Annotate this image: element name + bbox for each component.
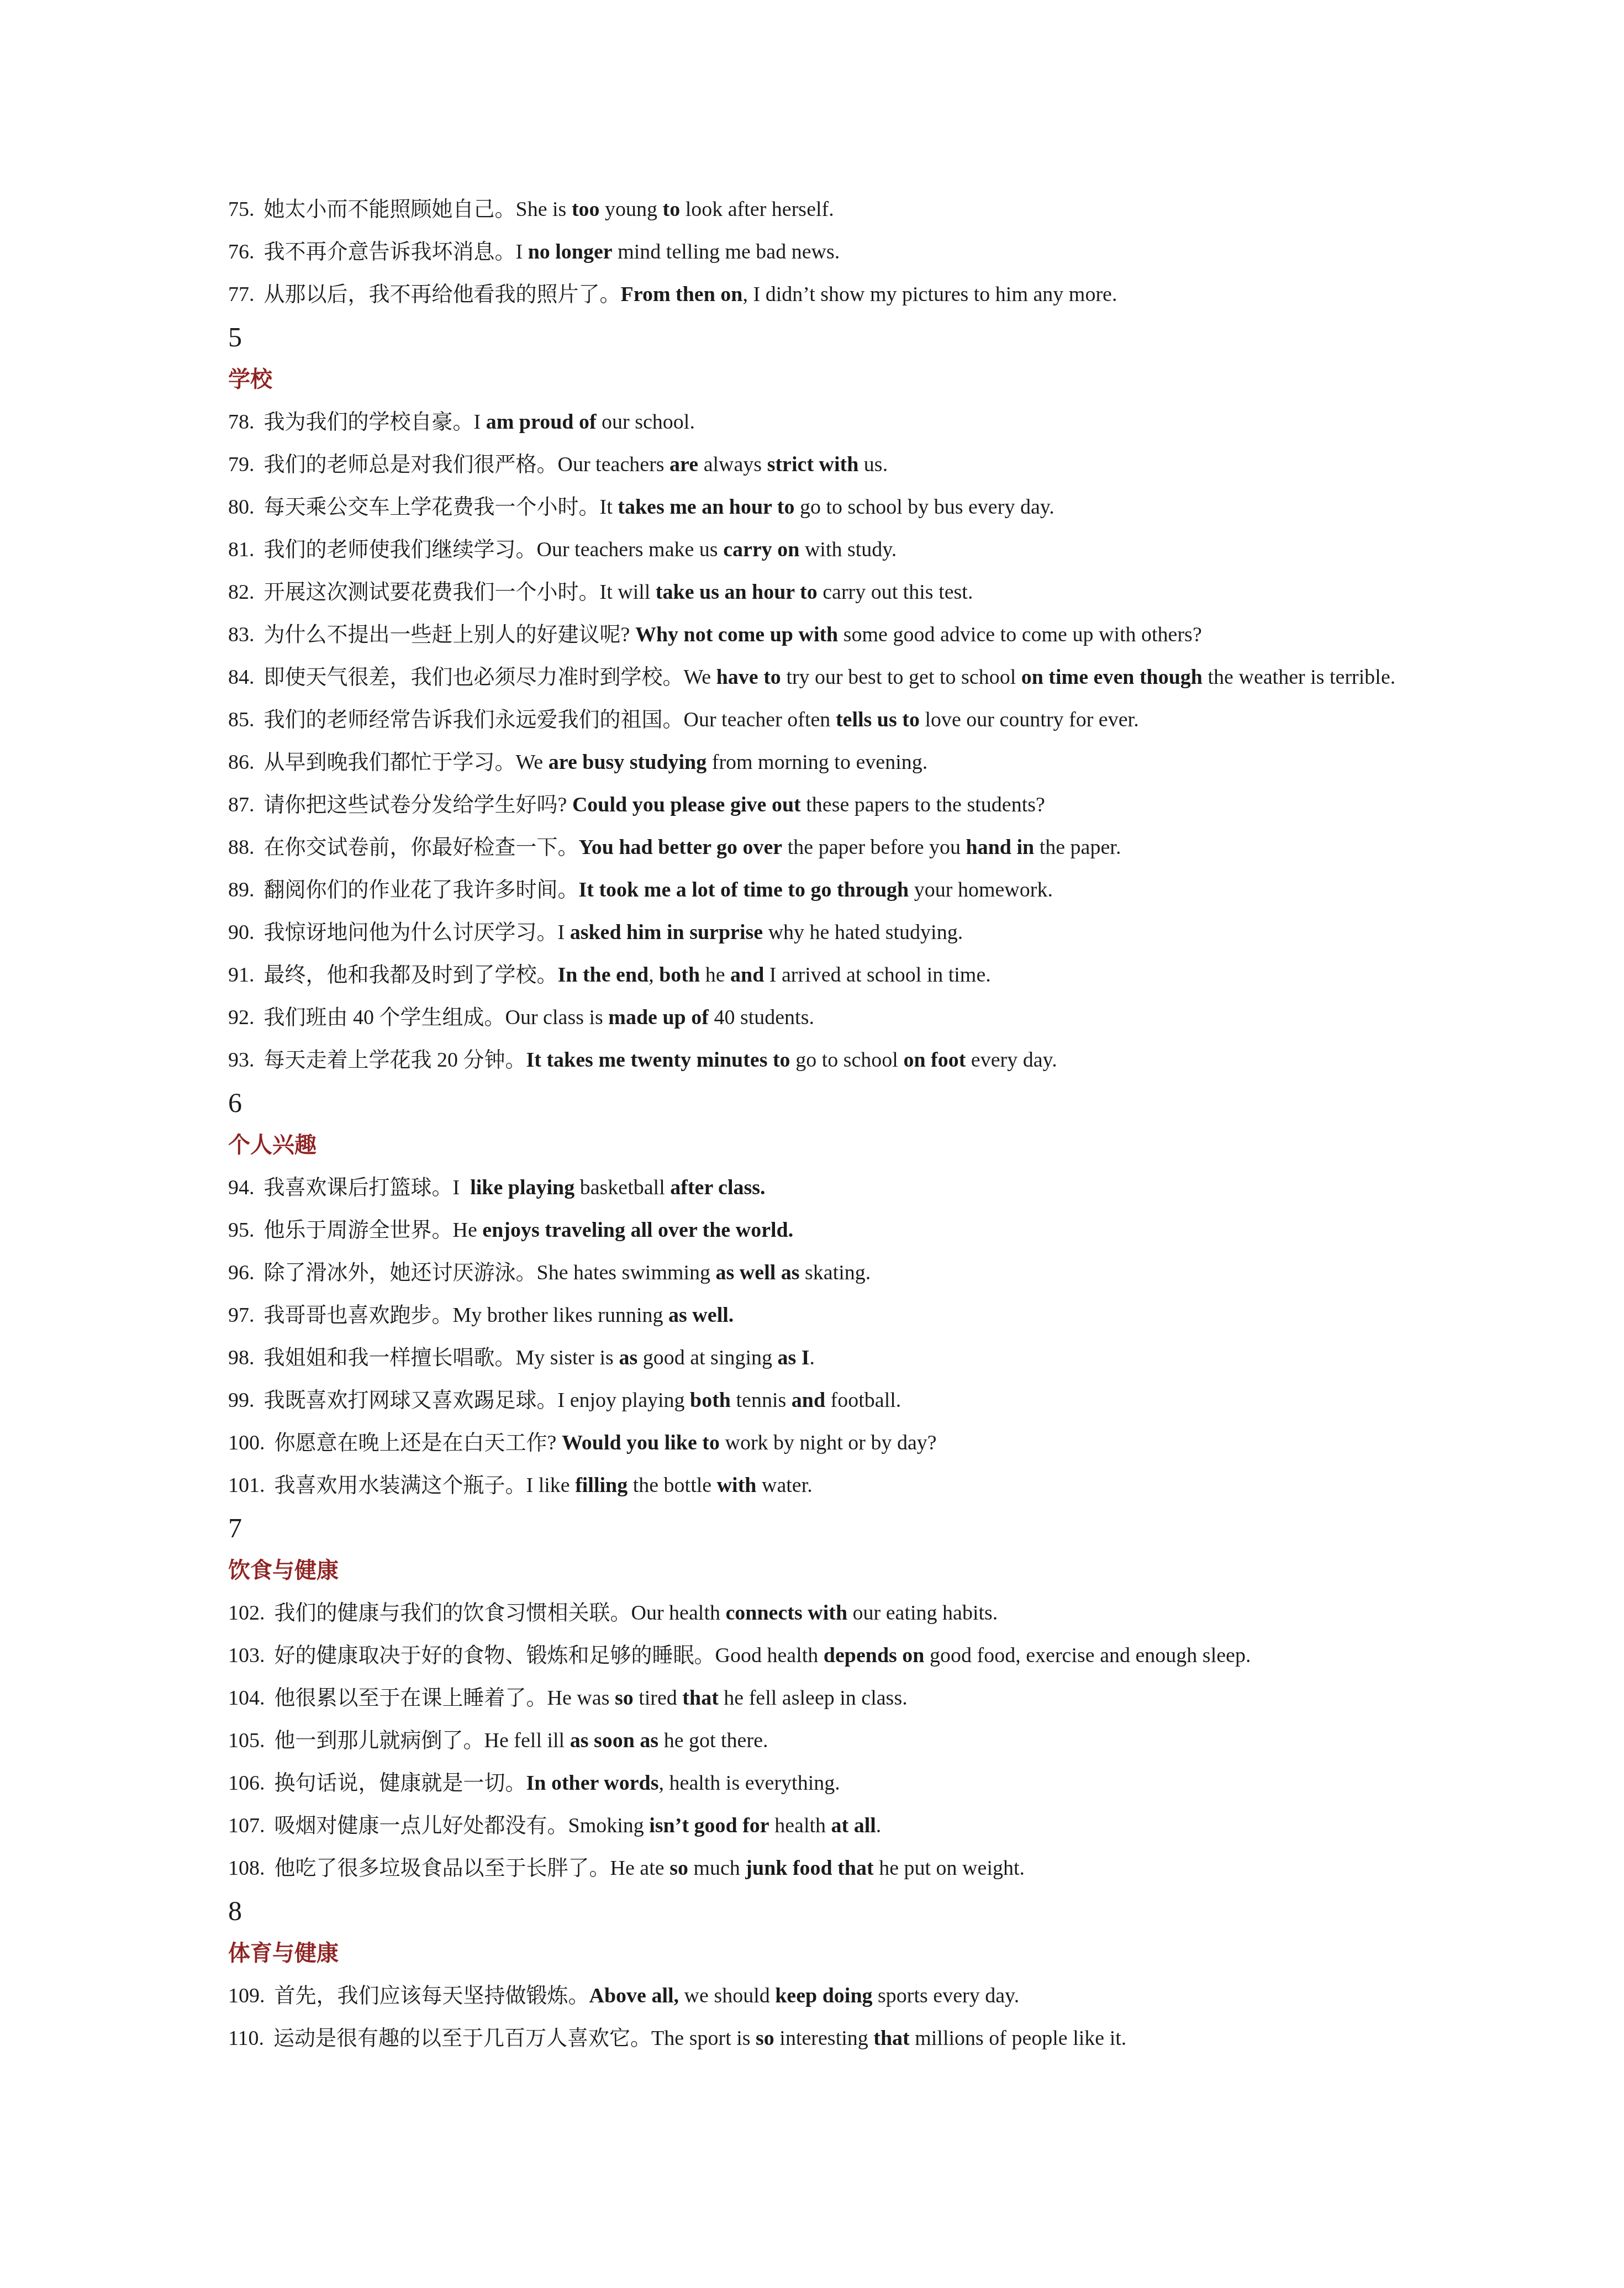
item-number: 110.: [228, 2027, 264, 2050]
item-number: 105.: [228, 1729, 265, 1752]
item-text-bold: as soon as: [570, 1729, 659, 1752]
item-text: ,: [648, 963, 659, 987]
item-text-bold: strict with: [767, 453, 859, 476]
item-text: 我们班由 40 个学生组成。: [264, 1006, 505, 1029]
section-header: 学校: [228, 359, 1585, 401]
item-text-bold: and: [730, 963, 764, 987]
item-text: 请你把这些试卷分发给学生好吗?: [264, 793, 572, 816]
item-text: My sister is: [516, 1346, 619, 1369]
list-item: 106.换句话说，健康就是一切。In other words, health i…: [228, 1762, 1585, 1805]
item-text: 我既喜欢打网球又喜欢踢足球。: [264, 1389, 558, 1412]
item-text: , I didn’t show my pictures to him any m…: [742, 283, 1117, 306]
item-text: we should: [679, 1984, 775, 2007]
item-text: from morning to evening.: [706, 751, 927, 774]
item-text-bold: that: [682, 1686, 718, 1710]
item-text-bold: am proud of: [486, 410, 597, 434]
item-number: 79.: [228, 453, 255, 476]
item-text: some good advice to come up with others?: [838, 623, 1202, 646]
item-text: interesting: [774, 2027, 873, 2050]
item-text: 我喜欢课后打篮球。: [264, 1176, 453, 1199]
item-text: he put on weight.: [874, 1857, 1025, 1880]
item-text: He was: [547, 1686, 615, 1710]
item-text: our school.: [597, 410, 695, 434]
item-text: 开展这次测试要花费我们一个小时。: [264, 581, 600, 604]
item-number: 81.: [228, 538, 255, 561]
list-item: 99.我既喜欢打网球又喜欢踢足球。I enjoy playing both te…: [228, 1379, 1585, 1422]
item-text-bold: after class.: [670, 1176, 765, 1199]
list-item: 93.每天走着上学花我 20 分钟。It takes me twenty min…: [228, 1039, 1585, 1082]
item-number: 108.: [228, 1857, 265, 1880]
item-text: 他很累以至于在课上睡着了。: [275, 1686, 547, 1710]
item-text: We: [516, 751, 549, 774]
item-text: millions of people like it.: [910, 2027, 1127, 2050]
item-text-bold: so: [615, 1686, 634, 1710]
item-text: Smoking: [568, 1814, 650, 1837]
item-text: the paper before you: [782, 836, 966, 859]
list-item: 110.运动是很有趣的以至于几百万人喜欢它。The sport is so in…: [228, 2017, 1585, 2060]
item-text: Our teacher often: [684, 708, 836, 731]
item-text: 换句话说，健康就是一切。: [275, 1772, 526, 1795]
item-text-bold: both: [659, 963, 700, 987]
item-number: 75.: [228, 198, 255, 221]
item-text-bold: that: [873, 2027, 909, 2050]
item-number: 103.: [228, 1644, 265, 1667]
section-header: 个人兴趣: [228, 1124, 1585, 1167]
item-text: She is: [516, 198, 572, 221]
item-text: 从那以后，我不再给他看我的照片了。: [264, 283, 621, 306]
item-text: 运动是很有趣的以至于几百万人喜欢它。: [273, 2027, 651, 2050]
item-text-bold: as: [619, 1346, 637, 1369]
section-header: 体育与健康: [228, 1932, 1585, 1975]
item-text-bold: have to: [716, 666, 781, 689]
item-text: 她太小而不能照顾她自己。: [264, 198, 516, 221]
section-number: 5: [228, 316, 1585, 359]
item-text: 最终，他和我都及时到了学校。: [264, 963, 558, 987]
item-text-bold: take us an hour to: [656, 581, 818, 604]
item-text: I arrived at school in time.: [764, 963, 991, 987]
item-number: 85.: [228, 708, 255, 731]
item-text: , health is everything.: [659, 1772, 840, 1795]
item-number: 76.: [228, 240, 255, 263]
item-text-bold: with: [717, 1474, 757, 1497]
item-number: 86.: [228, 751, 255, 774]
item-text: 除了滑冰外，她还讨厌游泳。: [264, 1261, 537, 1284]
item-text-bold: keep doing: [775, 1984, 872, 2007]
list-item: 78.我为我们的学校自豪。I am proud of our school.: [228, 401, 1585, 444]
item-text: 为什么不提出一些赶上别人的好建议呢?: [264, 623, 635, 646]
list-item: 83.为什么不提出一些赶上别人的好建议呢? Why not come up wi…: [228, 614, 1585, 656]
item-text: skating.: [800, 1261, 871, 1284]
item-text: 他乐于周游全世界。: [264, 1219, 453, 1242]
item-text: 我惊讶地问他为什么讨厌学习。: [264, 921, 558, 944]
item-text: basketball: [574, 1176, 670, 1199]
item-text: It will: [600, 581, 656, 604]
item-text-bold: Why not come up with: [635, 623, 838, 646]
item-number: 87.: [228, 793, 255, 816]
list-item: 82.开展这次测试要花费我们一个小时。It will take us an ho…: [228, 571, 1585, 614]
list-item: 77.从那以后，我不再给他看我的照片了。From then on, I didn…: [228, 273, 1585, 316]
item-text-bold: Above all,: [589, 1984, 679, 2007]
item-number: 91.: [228, 963, 255, 987]
item-text-bold: to: [663, 198, 681, 221]
item-text: the bottle: [628, 1474, 716, 1497]
item-number: 98.: [228, 1346, 255, 1369]
item-number: 89.: [228, 878, 255, 902]
section-header: 饮食与健康: [228, 1549, 1585, 1592]
list-item: 105.他一到那儿就病倒了。He fell ill as soon as he …: [228, 1720, 1585, 1762]
item-text-bold: filling: [575, 1474, 628, 1497]
item-text: He ate: [610, 1857, 670, 1880]
item-text: sports every day.: [873, 1984, 1020, 2007]
item-text-bold: It took me a lot of time to go through: [579, 878, 909, 902]
item-number: 88.: [228, 836, 255, 859]
list-item: 87.请你把这些试卷分发给学生好吗? Could you please give…: [228, 784, 1585, 826]
item-text: your homework.: [909, 878, 1053, 902]
item-text: Our teachers: [558, 453, 670, 476]
item-text: 我姐姐和我一样擅长唱歌。: [264, 1346, 516, 1369]
item-text: 我不再介意告诉我坏消息。: [264, 240, 516, 263]
section-number: 8: [228, 1890, 1585, 1932]
item-text: tennis: [731, 1389, 792, 1412]
item-number: 102.: [228, 1601, 265, 1625]
item-text: 你愿意在晚上还是在白天工作?: [275, 1431, 562, 1454]
list-item: 88.在你交试卷前，你最好检查一下。You had better go over…: [228, 826, 1585, 869]
list-item: 91.最终，他和我都及时到了学校。In the end, both he and…: [228, 954, 1585, 997]
item-text-bold: as well.: [668, 1304, 734, 1327]
item-text: he fell asleep in class.: [719, 1686, 908, 1710]
item-text: health: [769, 1814, 831, 1837]
item-number: 77.: [228, 283, 255, 306]
item-text: us.: [858, 453, 888, 476]
list-item: 101.我喜欢用水装满这个瓶子。I like filling the bottl…: [228, 1464, 1585, 1507]
item-text: he got there.: [658, 1729, 768, 1752]
item-number: 90.: [228, 921, 255, 944]
item-text: 我哥哥也喜欢跑步。: [264, 1304, 453, 1327]
item-text: 我为我们的学校自豪。: [264, 410, 474, 434]
item-number: 94.: [228, 1176, 255, 1199]
item-text: go to school by bus every day.: [794, 495, 1054, 519]
item-text: 好的健康取决于好的食物、锻炼和足够的睡眠。: [275, 1644, 715, 1667]
list-item: 103.好的健康取决于好的食物、锻炼和足够的睡眠。Good health dep…: [228, 1635, 1585, 1677]
item-text-bold: It takes me twenty minutes to: [526, 1048, 790, 1072]
item-text-bold: In other words: [526, 1772, 659, 1795]
item-text: always: [698, 453, 767, 476]
item-text-bold: tells us to: [836, 708, 920, 731]
item-text: 我们的老师总是对我们很严格。: [264, 453, 558, 476]
document-content: 75.她太小而不能照顾她自己。She is too young to look …: [228, 188, 1585, 2060]
item-text-bold: so: [669, 1857, 688, 1880]
list-item: 86.从早到晚我们都忙于学习。We are busy studying from…: [228, 741, 1585, 784]
item-text-bold: carry on: [723, 538, 799, 561]
item-text-bold: on time even though: [1021, 666, 1203, 689]
item-number: 109.: [228, 1984, 265, 2007]
item-text: 我喜欢用水装满这个瓶子。: [275, 1474, 526, 1497]
item-text: She hates swimming: [537, 1261, 716, 1284]
item-text: much: [688, 1857, 745, 1880]
item-text: I: [558, 921, 570, 944]
item-text: Our health: [631, 1601, 726, 1625]
item-text: go to school: [790, 1048, 904, 1072]
item-text-bold: From then on: [621, 283, 743, 306]
item-text: try our best to get to school: [781, 666, 1021, 689]
item-text-bold: as I: [778, 1346, 810, 1369]
list-item: 92.我们班由 40 个学生组成。Our class is made up of…: [228, 997, 1585, 1039]
item-number: 92.: [228, 1006, 255, 1029]
item-text-bold: too: [572, 198, 600, 221]
list-item: 97.我哥哥也喜欢跑步。My brother likes running as …: [228, 1294, 1585, 1337]
list-item: 76.我不再介意告诉我坏消息。I no longer mind telling …: [228, 231, 1585, 273]
list-item: 84.即使天气很差，我们也必须尽力准时到学校。We have to try ou…: [228, 656, 1585, 699]
item-text-bold: are: [669, 453, 698, 476]
list-item: 104.他很累以至于在课上睡着了。He was so tired that he…: [228, 1677, 1585, 1720]
section-number: 7: [228, 1507, 1585, 1549]
item-text-bold: junk food that: [745, 1857, 873, 1880]
item-text: The sport is: [651, 2027, 756, 2050]
item-text-bold: Could you please give out: [572, 793, 801, 816]
item-text: 我们的老师使我们继续学习。: [264, 538, 537, 561]
document-page: 75.她太小而不能照顾她自己。She is too young to look …: [0, 0, 1624, 2060]
item-text: 首先，我们应该每天坚持做锻炼。: [275, 1984, 589, 2007]
item-text-bold: takes me an hour to: [618, 495, 794, 519]
item-text: 我们的老师经常告诉我们永远爱我们的祖国。: [264, 708, 684, 731]
item-text: 翻阅你们的作业花了我许多时间。: [264, 878, 579, 902]
item-text: Good health: [715, 1644, 824, 1667]
item-text: .: [810, 1346, 815, 1369]
list-item: 89.翻阅你们的作业花了我许多时间。It took me a lot of ti…: [228, 869, 1585, 911]
list-item: 75.她太小而不能照顾她自己。She is too young to look …: [228, 188, 1585, 231]
item-text-bold: on foot: [903, 1048, 966, 1072]
item-text: Our class is: [505, 1006, 609, 1029]
item-text-bold: isn’t good for: [649, 1814, 769, 1837]
list-item: 90.我惊讶地问他为什么讨厌学习。I asked him in surprise…: [228, 911, 1585, 954]
item-text: water.: [756, 1474, 812, 1497]
item-text: love our country for ever.: [920, 708, 1139, 731]
item-text: tired: [634, 1686, 683, 1710]
item-text-bold: as well as: [716, 1261, 800, 1284]
item-number: 100.: [228, 1431, 265, 1454]
item-number: 83.: [228, 623, 255, 646]
item-text: 在你交试卷前，你最好检查一下。: [264, 836, 579, 859]
item-text: with study.: [799, 538, 897, 561]
item-text-bold: at all: [831, 1814, 876, 1837]
item-text: .: [876, 1814, 882, 1837]
item-text: 即使天气很差，我们也必须尽力准时到学校。: [264, 666, 684, 689]
item-text: 我们的健康与我们的饮食习惯相关联。: [275, 1601, 631, 1625]
item-text: I: [474, 410, 486, 434]
item-number: 78.: [228, 410, 255, 434]
item-text: 他一到那儿就病倒了。: [275, 1729, 484, 1752]
item-number: 99.: [228, 1389, 255, 1412]
item-text-bold: In the end: [558, 963, 649, 987]
item-text: look after herself.: [680, 198, 834, 221]
item-text: We: [684, 666, 716, 689]
item-text: every day.: [966, 1048, 1057, 1072]
list-item: 85.我们的老师经常告诉我们永远爱我们的祖国。Our teacher often…: [228, 699, 1585, 741]
item-number: 95.: [228, 1219, 255, 1242]
item-text-bold: You had better go over: [579, 836, 783, 859]
list-item: 98.我姐姐和我一样擅长唱歌。My sister is as good at s…: [228, 1337, 1585, 1379]
item-text-bold: like playing: [470, 1176, 574, 1199]
item-text: good food, exercise and enough sleep.: [925, 1644, 1251, 1667]
item-text: good at singing: [637, 1346, 777, 1369]
list-item: 102.我们的健康与我们的饮食习惯相关联。Our health connects…: [228, 1592, 1585, 1635]
item-text: 每天走着上学花我 20 分钟。: [264, 1048, 526, 1072]
item-number: 107.: [228, 1814, 265, 1837]
item-number: 93.: [228, 1048, 255, 1072]
list-item: 79.我们的老师总是对我们很严格。Our teachers are always…: [228, 444, 1585, 486]
item-text: football.: [825, 1389, 901, 1412]
item-text: mind telling me bad news.: [613, 240, 840, 263]
item-text: the weather is terrible.: [1203, 666, 1395, 689]
item-text-bold: no longer: [528, 240, 613, 263]
item-text-bold: and: [792, 1389, 825, 1412]
list-item: 96.除了滑冰外，她还讨厌游泳。She hates swimming as we…: [228, 1252, 1585, 1294]
item-number: 80.: [228, 495, 255, 519]
item-text: He: [453, 1219, 483, 1242]
item-text: 他吃了很多垃圾食品以至于长胖了。: [275, 1857, 610, 1880]
list-item: 107.吸烟对健康一点儿好处都没有。Smoking isn’t good for…: [228, 1805, 1585, 1847]
list-item: 109.首先，我们应该每天坚持做锻炼。Above all, we should …: [228, 1975, 1585, 2017]
item-number: 101.: [228, 1474, 265, 1497]
item-text-bold: hand in: [966, 836, 1035, 859]
item-text-bold: enjoys traveling all over the world.: [482, 1219, 793, 1242]
item-number: 106.: [228, 1772, 265, 1795]
list-item: 80.每天乘公交车上学花费我一个小时。It takes me an hour t…: [228, 486, 1585, 529]
list-item: 81.我们的老师使我们继续学习。Our teachers make us car…: [228, 529, 1585, 571]
item-text: these papers to the students?: [801, 793, 1045, 816]
item-text-bold: are busy studying: [549, 751, 707, 774]
list-item: 95.他乐于周游全世界。He enjoys traveling all over…: [228, 1209, 1585, 1252]
item-text-bold: asked him in surprise: [570, 921, 763, 944]
item-text-bold: depends on: [824, 1644, 925, 1667]
item-number: 84.: [228, 666, 255, 689]
list-item: 108.他吃了很多垃圾食品以至于长胖了。He ate so much junk …: [228, 1847, 1585, 1890]
item-text: I: [453, 1176, 471, 1199]
item-number: 97.: [228, 1304, 255, 1327]
item-text-bold: so: [756, 2027, 774, 2050]
item-number: 82.: [228, 581, 255, 604]
item-text: He fell ill: [484, 1729, 570, 1752]
section-number: 6: [228, 1082, 1585, 1124]
list-item: 100.你愿意在晚上还是在白天工作? Would you like to wor…: [228, 1422, 1585, 1464]
item-text: I enjoy playing: [558, 1389, 690, 1412]
item-text: My brother likes running: [453, 1304, 669, 1327]
item-text: 40 students.: [709, 1006, 814, 1029]
item-text-bold: Would you like to: [562, 1431, 720, 1454]
item-text: It: [600, 495, 618, 519]
item-text: 从早到晚我们都忙于学习。: [264, 751, 516, 774]
item-text-bold: connects with: [725, 1601, 847, 1625]
item-text: work by night or by day?: [720, 1431, 937, 1454]
item-text: he: [700, 963, 730, 987]
item-text: our eating habits.: [847, 1601, 998, 1625]
item-number: 96.: [228, 1261, 255, 1284]
item-text: 每天乘公交车上学花费我一个小时。: [264, 495, 600, 519]
item-text: carry out this test.: [818, 581, 973, 604]
item-text: young: [600, 198, 663, 221]
item-text: I like: [526, 1474, 576, 1497]
item-text: I: [516, 240, 528, 263]
item-number: 104.: [228, 1686, 265, 1710]
item-text: why he hated studying.: [763, 921, 963, 944]
item-text: Our teachers make us: [537, 538, 724, 561]
item-text-bold: made up of: [608, 1006, 709, 1029]
list-item: 94.我喜欢课后打篮球。I like playing basketball af…: [228, 1167, 1585, 1209]
item-text: the paper.: [1034, 836, 1121, 859]
item-text-bold: both: [690, 1389, 731, 1412]
item-text: 吸烟对健康一点儿好处都没有。: [275, 1814, 568, 1837]
